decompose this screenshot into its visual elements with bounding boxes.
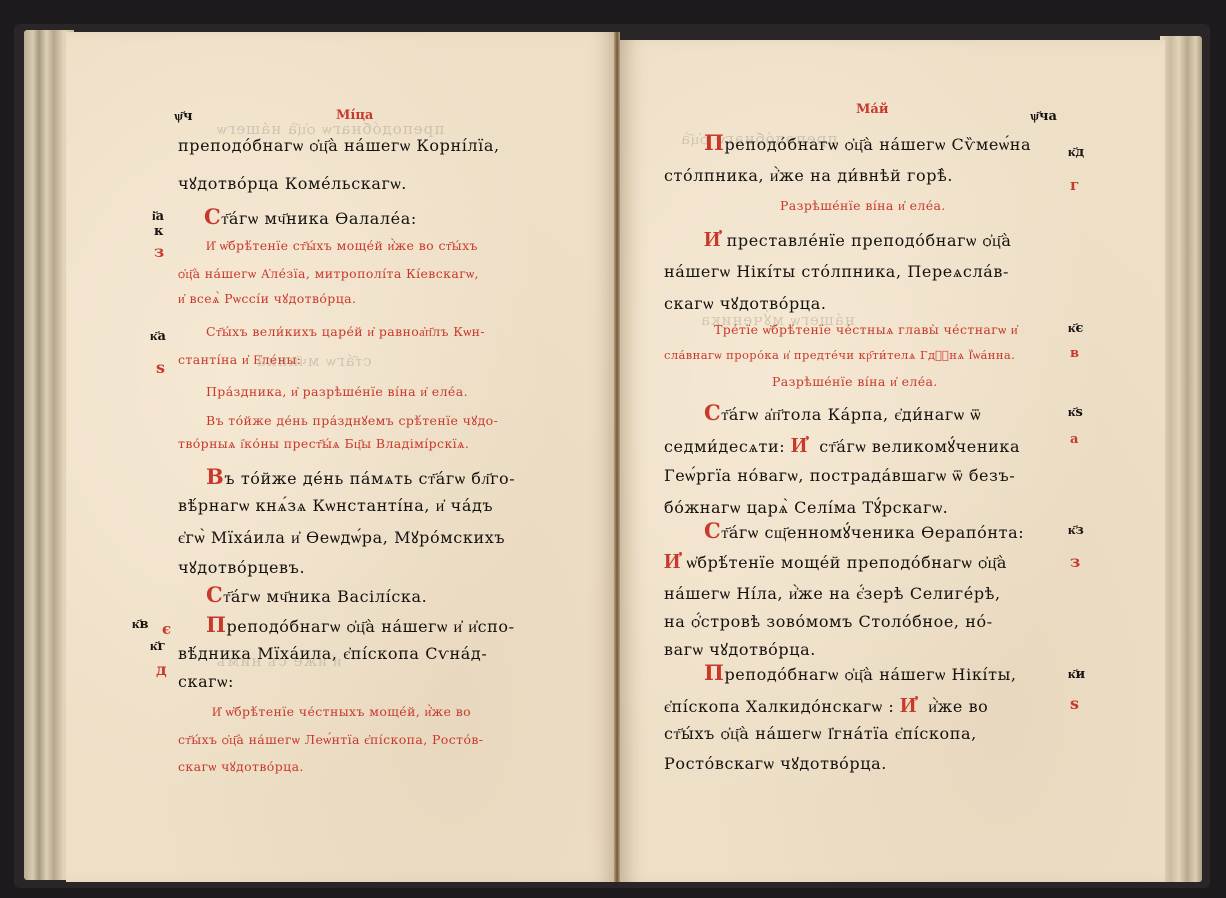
margin-date-note: ѕ (1070, 694, 1079, 713)
text-line: сто́лпника, и҆̀же на ди́внѣй горѣ̀. (664, 166, 953, 186)
text-line: чꙋдотво́рца Коме́льскагѡ. (178, 172, 407, 194)
rubric-initial: С (704, 400, 721, 425)
margin-date-note: к҃з (1068, 522, 1084, 538)
rubric-initial: С (204, 204, 221, 229)
rubric-initial: С (206, 582, 223, 607)
text-line: И҆ преставле́нїе преподо́бнагѡ ѻ҆ц҃а̀ (704, 226, 1011, 252)
margin-date-note: к҃в (132, 616, 149, 632)
rubric-line: И҆ ѡ҆брѣ́тенїе ст҃ы́хъ моще́й и҆̀же во с… (206, 238, 478, 254)
margin-date-note: з (154, 242, 164, 261)
margin-date-note: к҃а (150, 328, 166, 344)
page-number: ѱ҃ча (1030, 108, 1057, 124)
margin-date-note: к҃ѕ (1068, 404, 1083, 420)
rubric-line: тво́рныѧ і҆ко́ны прест҃ы́ѧ Бц҃ы Владімі́… (178, 436, 469, 452)
rubric-initial: П (704, 130, 724, 155)
text-line: Ст҃а́гѡ мч҃ника Ѳалале́а: (204, 204, 417, 229)
margin-date-note: з (1070, 552, 1080, 571)
text-line: вагѡ чꙋдотво́рца. (664, 638, 816, 660)
left-page: преподо́бнагѡ ѻ҆ц҃а̀ на́шегѡ ст҃а́гѡ мч҃… (66, 32, 616, 882)
margin-date-note: а (1070, 432, 1078, 447)
margin-date-note: к҃д (1068, 144, 1084, 160)
margin-date-note: к҃и (1068, 666, 1085, 682)
text-line: бо́жнагѡ царѧ̀ Селі́ма Тꙋ́рскагѡ. (664, 496, 948, 518)
text-line: на́шегѡ Нікі́ты сто́лпника, Переѧсла́в- (664, 262, 1009, 282)
text-line: є҆пі́скопа Халкидо́нскагѡ : И҆ и҆̀же во (664, 692, 988, 718)
text-line: ст҃ы́хъ ѻ҆ц҃а̀ на́шегѡ І҆гна́тїа є҆пі́ск… (664, 724, 977, 744)
margin-date-note: в (1070, 346, 1079, 361)
rubric-line: скагѡ чꙋдотво́рца. (178, 758, 304, 775)
rubric-initial: И҆ (900, 692, 917, 717)
rubric-initial: И҆ (791, 432, 808, 457)
text-line: Росто́вскагѡ чꙋдотво́рца. (664, 752, 887, 774)
page-number: ѱ҃ч (174, 108, 192, 124)
text-line: скагѡ чꙋдотво́рца. (664, 292, 827, 314)
rubric-line: Въ то́йже де́нь пра́зднꙋемъ срѣ́тенїе чꙋ… (206, 412, 498, 429)
text-line: вѣ́рнагѡ кнѧ́зѧ Кѡнстанті́на, и҆ ча́дъ (178, 496, 493, 516)
rubric-line: ст҃ы́хъ ѻ҆ц҃а̀ на́шегѡ Леѡ́нтїа є҆пі́ско… (178, 732, 483, 748)
rubric-line: Разрѣше́нїе ві́на и҆ еле́а. (772, 374, 938, 390)
text-line: чꙋдотво́рцевъ. (178, 556, 305, 578)
text-line: седми́десѧти: И҆ ст҃а́гѡ великомꙋ́ченика (664, 432, 1020, 458)
rubric-line: ѻ҆ц҃а̀ на́шегѡ А҆ле́зїа, митрополі́та Кі… (178, 266, 479, 282)
running-head: Мі́ца (336, 108, 373, 123)
rubric-initial: П (206, 612, 226, 637)
text-line: преподо́бнагѡ ѻ҆ц҃а̀ на́шегѡ Корні́лїа, (178, 136, 500, 156)
right-page: преподо́бнагѡ ѻ҆ц҃а̀ на́шегѡ мꙋ́ченика М… (620, 40, 1165, 882)
margin-date-note: к҃є (1068, 320, 1083, 336)
text-line: Преподо́бнагѡ ѻ҆ц҃а̀ на́шегѡ и҆ и҆спо- (206, 612, 515, 637)
text-line: скагѡ: (178, 672, 234, 692)
rubric-line: Пра́здника, и҆ разрѣше́нїе ві́на и҆ еле́… (206, 384, 468, 400)
rubric-line: станті́на и҆ Е҆ле́ны: (178, 352, 301, 368)
text-line: Ст҃а́гѡ мч҃ника Васілі́ска. (206, 582, 427, 607)
text-line: Преподо́бнагѡ ѻ҆ц҃а̀ на́шегѡ Нікі́ты, (704, 660, 1017, 685)
text-line: є҆гѡ̀ Мїха́ила и҆ Ѳеѡдѡ́ра, Мꙋро́мскихъ (178, 526, 505, 548)
text-line: на́шегѡ Ні́ла, и҆̀же на є҆́зерѣ Селиге́р… (664, 584, 1001, 604)
margin-date-note: г (1070, 176, 1079, 194)
text-line: Въ то́йже де́нь па́мѧть ст҃а́гѡ бл҃го- (206, 464, 515, 489)
margin-date-note: і҃а (152, 208, 164, 224)
margin-date-note: к (154, 224, 163, 239)
text-line: Ст҃а́гѡ а҆п҃тола Ка́рпа, є҆ди́нагѡ ѿ (704, 400, 981, 425)
text-line: Преподо́бнагѡ ѻ҆ц҃а̀ на́шегѡ Сѷмеѡ́на (704, 130, 1031, 155)
rubric-line: И҆ ѡ҆брѣ́тенїе че́стныхъ моще́й, и҆̀же в… (212, 704, 471, 720)
text-line: вѣ́дника Мїха́ила, є҆пі́скопа Сѵна́д- (178, 644, 487, 664)
rubric-initial: И҆ (704, 226, 721, 251)
rubric-line: Тре́тїе ѡ҆брѣ́тенїе че́стныѧ главы̀ че́с… (714, 322, 1018, 338)
text-line: И҆ ѡ҆брѣ́тенїе моще́й преподо́бнагѡ ѻ҆ц҃… (664, 548, 1007, 574)
rubric-initial: И҆ (664, 548, 681, 573)
rubric-initial: С (704, 518, 721, 543)
margin-date-note: ѕ (156, 358, 165, 377)
margin-date-note: к҃г (150, 638, 165, 654)
rubric-line: Ст҃ы́хъ вели́кихъ царе́й и҆ равноа҆п҃лъ … (206, 324, 485, 340)
rubric-line: и҆ всеѧ̀ Рѡссі́и чꙋдотво́рца. (178, 290, 356, 307)
margin-date-note: є (162, 620, 171, 638)
text-line: Геѡ́ргїа но́вагѡ, пострада́вшагѡ ѿ безъ- (664, 466, 1015, 486)
rubric-initial: В (206, 464, 224, 489)
page-block-right-edge (1160, 36, 1202, 882)
rubric-line: Разрѣше́нїе ві́на и҆ еле́а. (780, 198, 946, 214)
text-line: на ѻ҆́стровѣ зово́момъ Столо́бное, но́- (664, 612, 993, 632)
running-head: Ма́й (856, 102, 888, 117)
text-line: Ст҃а́гѡ сщ҃енномꙋ́ченика Ѳерапо́нта: (704, 518, 1024, 543)
rubric-line: сла́внагѡ проро́ка и҆ предте́чи кр҃ти́те… (664, 348, 1015, 362)
margin-date-note: д (156, 660, 167, 679)
rubric-initial: П (704, 660, 724, 685)
